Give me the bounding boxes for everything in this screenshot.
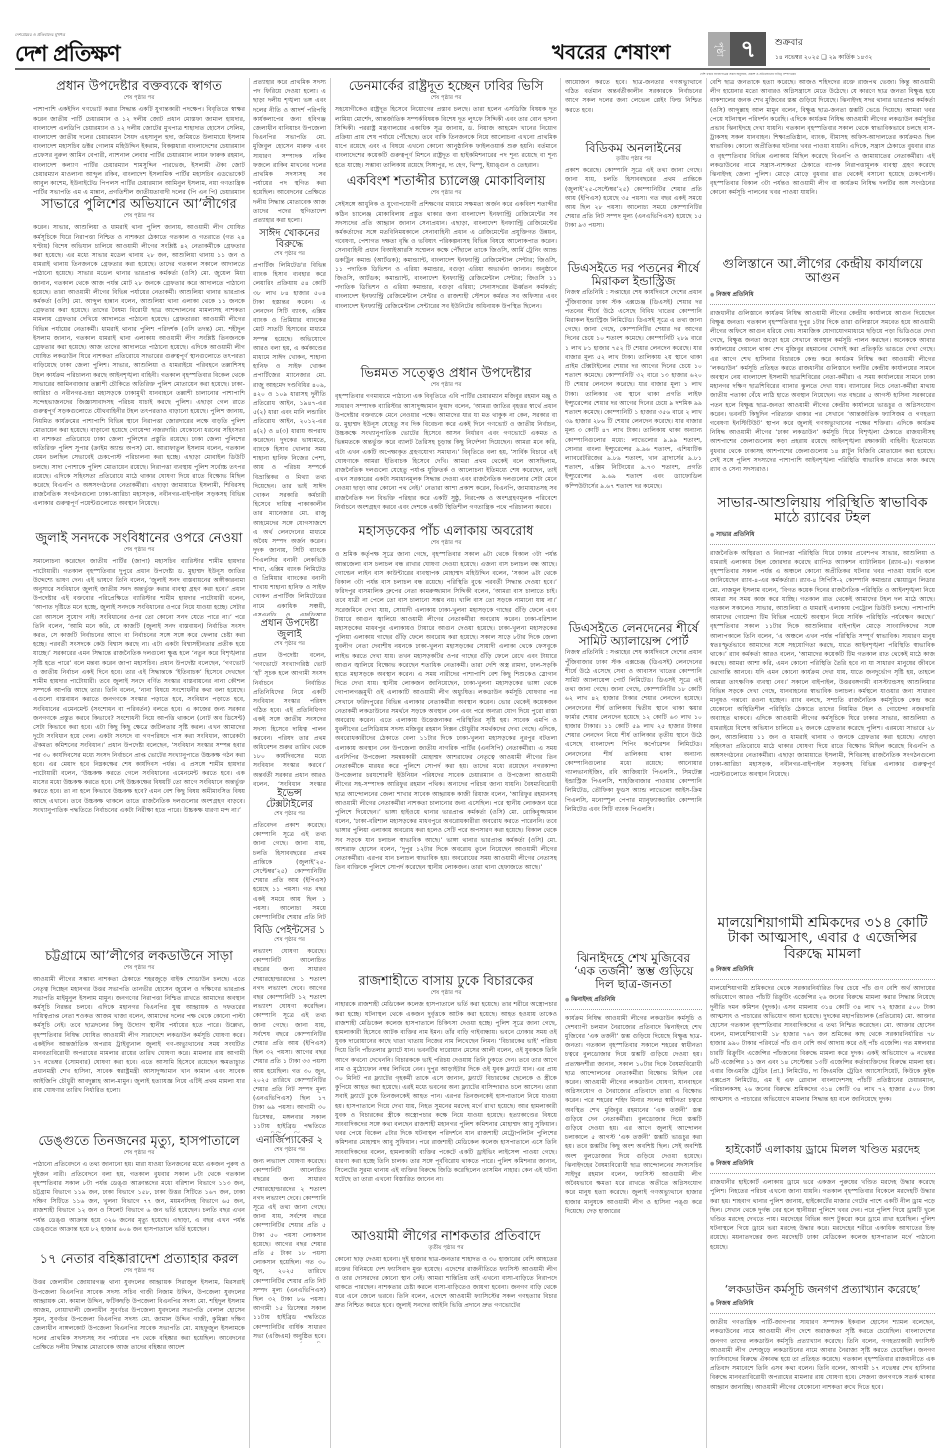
article-body: জন্য লভ্যাংশ ঘোষণা করেছে। কোম্পানিটি আলো…: [253, 1157, 326, 1343]
masthead: দেশপ্রেমের ও প্রতিবাদের মুখপত্র দেশ প্রত…: [0, 0, 945, 75]
article-lpf-continued[interactable]: আয়োজন করতে হবে। ছাত্র-জনতার গণঅভ্যুত্থা…: [565, 78, 702, 140]
article-dse-decliners[interactable]: ডিএসইতে দর পতনের শীর্ষে মিরাকল ইন্ডাস্ট্…: [565, 260, 702, 620]
masthead-rule: [15, 68, 930, 70]
dotted-divider: [710, 979, 935, 980]
byline: নিজস্ব প্রতিনিধি: [710, 964, 935, 975]
byline: নিজস্ব প্রতিনিধি: [710, 1158, 935, 1169]
article-adviser-july[interactable]: প্রধান উপদেষ্টা জুলাই শেষ পৃষ্ঠার পর প্র…: [253, 616, 326, 786]
article-body: কোনো ছাড় দেওয়া হবেনা। দুই হাজার ছাত্র-…: [335, 1255, 557, 1310]
headline[interactable]: ডেঙ্গুতে তিনজনের মৃত্যু, হাসপাতালে: [33, 1135, 245, 1149]
article-21st-century-challenge[interactable]: একবিংশ শতাব্দীর চ্যালেঞ্জ মোকাবিলায় শেষ…: [335, 173, 557, 365]
headline[interactable]: বিডিকম অনলাইনের: [565, 142, 702, 155]
continued-label: শেষ পৃষ্ঠার পর: [253, 251, 326, 259]
dotted-divider: [565, 1009, 702, 1010]
article-body: আওয়ামী লীগের সম্ভাব্য নাশকতা ঠেকাতে শহর…: [33, 975, 245, 1095]
headline[interactable]: জুলাই সনদকে সংবিধানের ওপরে নেওয়া: [33, 532, 245, 546]
dotted-divider: [710, 1173, 935, 1174]
continued-label: শেষ পৃষ্ঠার পর: [33, 965, 245, 973]
continued-label: শেষ পৃষ্ঠার পর: [33, 1150, 245, 1158]
article-high-court-body[interactable]: হাইকোর্ট এলাকায় ড্রামে মিলল খণ্ডিত মরদে…: [710, 1142, 935, 1282]
headline[interactable]: ডিএসইতে দর পতনের শীর্ষে মিরাকল ইন্ডাস্ট্…: [565, 262, 702, 288]
headline[interactable]: সাঈদ খোকনের বিরুদ্ধে: [253, 228, 326, 250]
continued-label: তৃতীয় পৃষ্ঠার পর: [335, 1245, 557, 1253]
byline: সাভার প্রতিনিধি: [710, 529, 935, 540]
article-body: রাজধানীর হাইকোর্ট এলাকায় ড্রামে ভরে একজ…: [710, 1178, 935, 1252]
article-awami-sabotage-protest[interactable]: আওয়ামী লীগের নাশকতার প্রতিবাদে তৃতীয় প…: [335, 1228, 557, 1338]
article-lockdown-rejected[interactable]: ‘লকডাউন কর্মসূচি জনগণ প্রত্যাখ্যান করেছে…: [710, 1282, 935, 1442]
article-body: রাজধানীর গুলিস্তানে কার্যক্রম নিষিদ্ধ আও…: [710, 309, 935, 475]
headline[interactable]: ভিন্নমত সত্ত্বেও প্রধান উপদেষ্টার: [335, 367, 557, 381]
article-body: করেন। সাভার, আশুলিয়া ও ধামরাই থানা পুলি…: [33, 223, 245, 508]
headline[interactable]: একবিংশ শতাব্দীর চ্যালেঞ্জ মোকাবিলায়: [335, 175, 557, 189]
column-5: বেশি ছাত্র জনতাকে হত্যা করেছে। আজও শহিদদ…: [710, 78, 935, 1448]
column-1: প্রধান উপদেষ্টার বক্তব্যকে স্বাগত শেষ পৃ…: [33, 78, 245, 1448]
column-3: ডেনমার্কের রাষ্ট্রদূত হচ্ছেন ঢাবির ভিসি …: [335, 78, 557, 1448]
headline[interactable]: গুলিস্তানে আ.লীগের কেন্দ্রীয় কার্যালয়ে…: [710, 258, 935, 287]
headline[interactable]: এনার্জিপ্যাকের ২: [253, 1135, 326, 1146]
headline[interactable]: ১৭ নেতার বহিষ্কারাদেশ প্রত্যাহার করল: [33, 1253, 245, 1267]
continued-label: শেষ পৃষ্ঠার পর: [253, 811, 326, 819]
article-gulistan-office-fire[interactable]: গুলিস্তানে আ.লীগের কেন্দ্রীয় কার্যালয়ে…: [710, 256, 935, 494]
article-body: সমালোচনা করেছেন জাতীয় পার্টির (জাপা) মহ…: [33, 557, 245, 815]
article-denmark-ambassador[interactable]: ডেনমার্কের রাষ্ট্রদূত হচ্ছেন ঢাবির ভিসি …: [335, 78, 557, 173]
headline[interactable]: সাভার-আশুলিয়ায় পরিস্থিতি স্বাভাবিক মাঠ…: [710, 496, 935, 527]
article-adviser-welcome[interactable]: প্রধান উপদেষ্টার বক্তব্যকে স্বাগত শেষ পৃ…: [33, 78, 245, 196]
headline[interactable]: প্রধান উপদেষ্টার বক্তব্যকে স্বাগত: [33, 80, 245, 94]
headline[interactable]: ডিএসইতে লেনদেনের শীর্ষে সামিট অ্যালায়েন…: [565, 622, 702, 648]
continued-label: শেষ পৃষ্ঠার পর: [335, 382, 557, 390]
article-body: বেশি ছাত্র জনতাকে হত্যা করেছে। আজও শহিদদ…: [710, 78, 935, 198]
article-body: পাঠানো প্রতিবেদনে এ তথ্য জানানো হয়। মার…: [33, 1160, 245, 1234]
headline[interactable]: ইভেন্স টেক্সটাইলের: [253, 788, 326, 810]
article-body: ও শ্রমিক কর্তৃপক্ষ সূত্রে জানা গেছে, বৃহ…: [335, 550, 557, 872]
article-body: নিজস্ব প্রতিনিধি : সপ্তাহের শেষ কার্যদিব…: [565, 648, 702, 814]
continued-label: শেষ পৃষ্ঠার পর: [335, 190, 557, 198]
article-dissent-adviser[interactable]: ভিন্নমত সত্ত্বেও প্রধান উপদেষ্টার শেষ পৃ…: [335, 365, 557, 523]
article-body: জাতীয় গণতান্ত্রিক পার্টি-জাগপার সাধারণ …: [710, 1318, 935, 1392]
article-savar-rab-patrol[interactable]: সাভার-আশুলিয়ায় পরিস্থিতি স্বাভাবিক মাঠ…: [710, 494, 935, 914]
article-bd-paints[interactable]: বিডি পেইন্টসের ১ শেষ পৃষ্ঠার পর লভ্যাংশ …: [253, 923, 326, 1133]
article-body: প্রতিবেদন প্রকাশ করেছে। কোম্পানি সূত্রে …: [253, 821, 326, 923]
headline[interactable]: চট্টগ্রামে আ’লীগের লকডাউনে সাড়া: [33, 950, 245, 964]
article-body: বৃহস্পতিবার গণমাধ্যমে পাঠানো এক বিবৃতিতে…: [335, 392, 557, 512]
byline: ঝিনাইদহ প্রতিনিধি: [565, 994, 702, 1005]
column-divider: [249, 78, 250, 1448]
article-dse-turnover-summit[interactable]: ডিএসইতে লেনদেনের শীর্ষে সামিট অ্যালায়েন…: [565, 620, 702, 950]
byline: নিজস্ব প্রতিনিধি: [710, 1298, 935, 1309]
continued-label: শেষ পৃষ্ঠার পর: [33, 213, 245, 221]
dotted-divider: [710, 544, 935, 545]
article-body: মালয়েশিয়াগামী শ্রমিকদের থেকে সরকারনির্…: [710, 984, 935, 1104]
continued-label: শেষ পৃষ্ঠার পর: [33, 1268, 245, 1276]
article-savar-police-drive[interactable]: সাভারে পুলিশের অভিযানে আ’লীগের শেষ পৃষ্ঠ…: [33, 196, 245, 530]
article-body: সহযোগীকেও রাষ্ট্রদূত হিসেবে নিয়োগের প্র…: [335, 105, 557, 169]
article-dengue[interactable]: ডেঙ্গুতে তিনজনের মৃত্যু, হাসপাতালে শেষ প…: [33, 1133, 245, 1251]
article-saeed-khokon[interactable]: সাঈদ খোকনের বিরুদ্ধে শেষ পৃষ্ঠার পর প্রপ…: [253, 226, 326, 616]
headline[interactable]: আওয়ামী লীগের নাশকতার প্রতিবাদে: [335, 1230, 557, 1244]
article-jhenaidah-monument[interactable]: ঝিনাইদহে শেখ মুজিবের ‘এক তর্জনী’ স্তম্ভ …: [565, 950, 702, 1420]
byline: নিজস্ব প্রতিনিধি: [710, 289, 935, 300]
article-bdcom-online[interactable]: বিডিকম অনলাইনের তৃতীয় পৃষ্ঠার পর প্রকাশ…: [565, 140, 702, 260]
article-body: রাজনৈতিক অস্থিরতা ও নিরাপত্তা পরিস্থিতি …: [710, 549, 935, 779]
headline[interactable]: ডেনমার্কের রাষ্ট্রদূত হচ্ছেন ঢাবির ভিসি: [335, 80, 557, 94]
continued-label: শেষ পৃষ্ঠার পর: [253, 641, 326, 649]
column-divider: [706, 78, 707, 1448]
article-body: প্রকাশ করেছে। কোম্পানি সূত্রে এই তথ্য জা…: [565, 166, 702, 230]
continued-label: শেষ পৃষ্ঠার পর: [335, 95, 557, 103]
article-jhenaidah-continued[interactable]: বেশি ছাত্র জনতাকে হত্যা করেছে। আজও শহিদদ…: [710, 78, 935, 256]
continued-label: শেষ পৃষ্ঠার পর: [335, 990, 557, 998]
article-body: লভ্যাংশ ঘোষণা করেছে। কোম্পানিটি আলোচিত ব…: [253, 947, 326, 1133]
dotted-divider: [710, 1313, 935, 1314]
article-july-charter[interactable]: জুলাই সনদকে সংবিধানের ওপরে নেওয়া শেষ পৃ…: [33, 530, 245, 948]
article-body: নাহারকে রাজশাহী মেডিকেল কলেজ হাসপাতালে ভ…: [335, 1000, 557, 1184]
article-body: নিজস্ব প্রতিনিধি : সপ্তাহের শেষ কার্যদিব…: [565, 288, 702, 490]
article-energypac[interactable]: এনার্জিপ্যাকের ২ শেষ পৃষ্ঠার পর জন্য লভ্…: [253, 1133, 326, 1343]
article-body: প্রধান উপদেষ্টা বলেন, ‘গণভোটে সংখ্যাগরিষ…: [253, 651, 326, 786]
column-divider: [330, 78, 331, 1448]
article-evince-textiles[interactable]: ইভেন্স টেক্সটাইলের শেষ পৃষ্ঠার পর প্রতিব…: [253, 786, 326, 923]
article-body: প্রত্যাহার করে প্রাথমিক সদস্য পদ ফিরিয়ে…: [253, 78, 326, 225]
headline[interactable]: মহাসড়কের পাঁচ এলাকায় অবরোধ: [335, 525, 557, 539]
headline[interactable]: ‘লকডাউন কর্মসূচি জনগণ প্রত্যাখ্যান করেছে…: [710, 1284, 935, 1296]
column-4: আয়োজন করতে হবে। ছাত্র-জনতার গণঅভ্যুত্থা…: [565, 78, 702, 1448]
article-body: কার্যক্রম নিষিদ্ধ আওয়ামী লীগের লকডাউন ক…: [565, 1014, 702, 1216]
publication-day: শুক্রবার: [775, 35, 803, 50]
headline[interactable]: মালয়েশিয়াগামী শ্রমিকদের ৩১৪ কোটি টাকা …: [710, 916, 935, 962]
page-number: ৭: [730, 32, 766, 66]
headline[interactable]: রাজশাহীতে বাসায় ঢুকে বিচারকের: [335, 975, 557, 989]
continued-label: শেষ পৃষ্ঠার পর: [253, 1147, 326, 1155]
dotted-divider: [710, 304, 935, 305]
article-body: সেইসঙ্গে আধুনিক ও যুগোপযোগী প্রশিক্ষণের …: [335, 200, 557, 310]
headline[interactable]: ঝিনাইদহে শেখ মুজিবের ‘এক তর্জনী’ স্তম্ভ …: [565, 952, 702, 992]
article-body: আয়োজন করতে হবে। ছাত্র-জনতার গণঅভ্যুত্থা…: [565, 78, 702, 115]
column-divider: [560, 78, 561, 1448]
headline[interactable]: সাভারে পুলিশের অভিযানে আ’লীগের: [33, 198, 245, 212]
article-rajshahi-judge[interactable]: রাজশাহীতে বাসায় ঢুকে বিচারকের শেষ পৃষ্ঠ…: [335, 973, 557, 1228]
continued-label: শেষ পৃষ্ঠার পর: [33, 95, 245, 103]
page-label: পৃষ্ঠা: [708, 32, 730, 66]
column-2: প্রত্যাহার করে প্রাথমিক সদস্য পদ ফিরিয়ে…: [253, 78, 326, 1448]
article-body: উত্তর জেলাধীন জোয়ারগঞ্জ থানা যুবদলের আহ…: [33, 1278, 245, 1352]
article-body: পাশাপাশি একইদিন গণভোট করার সিদ্ধান্ত একট…: [33, 105, 245, 196]
continued-label: শেষ পৃষ্ঠার পর: [335, 540, 557, 548]
headline[interactable]: বিডি পেইন্টসের ১: [253, 925, 326, 936]
article-17-leaders-reinstated[interactable]: ১৭ নেতার বহিষ্কারাদেশ প্রত্যাহার করল শেষ…: [33, 1251, 245, 1369]
headline[interactable]: হাইকোর্ট এলাকায় ড্রামে মিলল খণ্ডিত মরদে…: [710, 1144, 935, 1156]
article-chattogram-lockdown[interactable]: চট্টগ্রামে আ’লীগের লকডাউনে সাড়া শেষ পৃষ…: [33, 948, 245, 1133]
article-expulsion-continued[interactable]: প্রত্যাহার করে প্রাথমিক সদস্য পদ ফিরিয়ে…: [253, 78, 326, 226]
article-malaysia-workers-fraud[interactable]: মালয়েশিয়াগামী শ্রমিকদের ৩১৪ কোটি টাকা …: [710, 914, 935, 1142]
publication-date: ১৪ নভেম্বর ২০২৫ ❑ ২৯ কার্তিক ১৪৩২: [775, 52, 872, 63]
headline[interactable]: প্রধান উপদেষ্টা জুলাই: [253, 618, 326, 640]
continued-label: শেষ পৃষ্ঠার পর: [33, 547, 245, 555]
article-body: প্রপার্টিজ লিমিটেড'র বিভিন্ন ব্যাংক হিসা…: [253, 261, 326, 616]
continued-label: তৃতীয় পৃষ্ঠার পর: [565, 156, 702, 164]
continued-label: শেষ পৃষ্ঠার পর: [253, 937, 326, 945]
article-highway-blockade[interactable]: মহাসড়কের পাঁচ এলাকায় অবরোধ শেষ পৃষ্ঠার…: [335, 523, 557, 973]
section-title: খবরের শেষাংশ: [552, 38, 671, 71]
